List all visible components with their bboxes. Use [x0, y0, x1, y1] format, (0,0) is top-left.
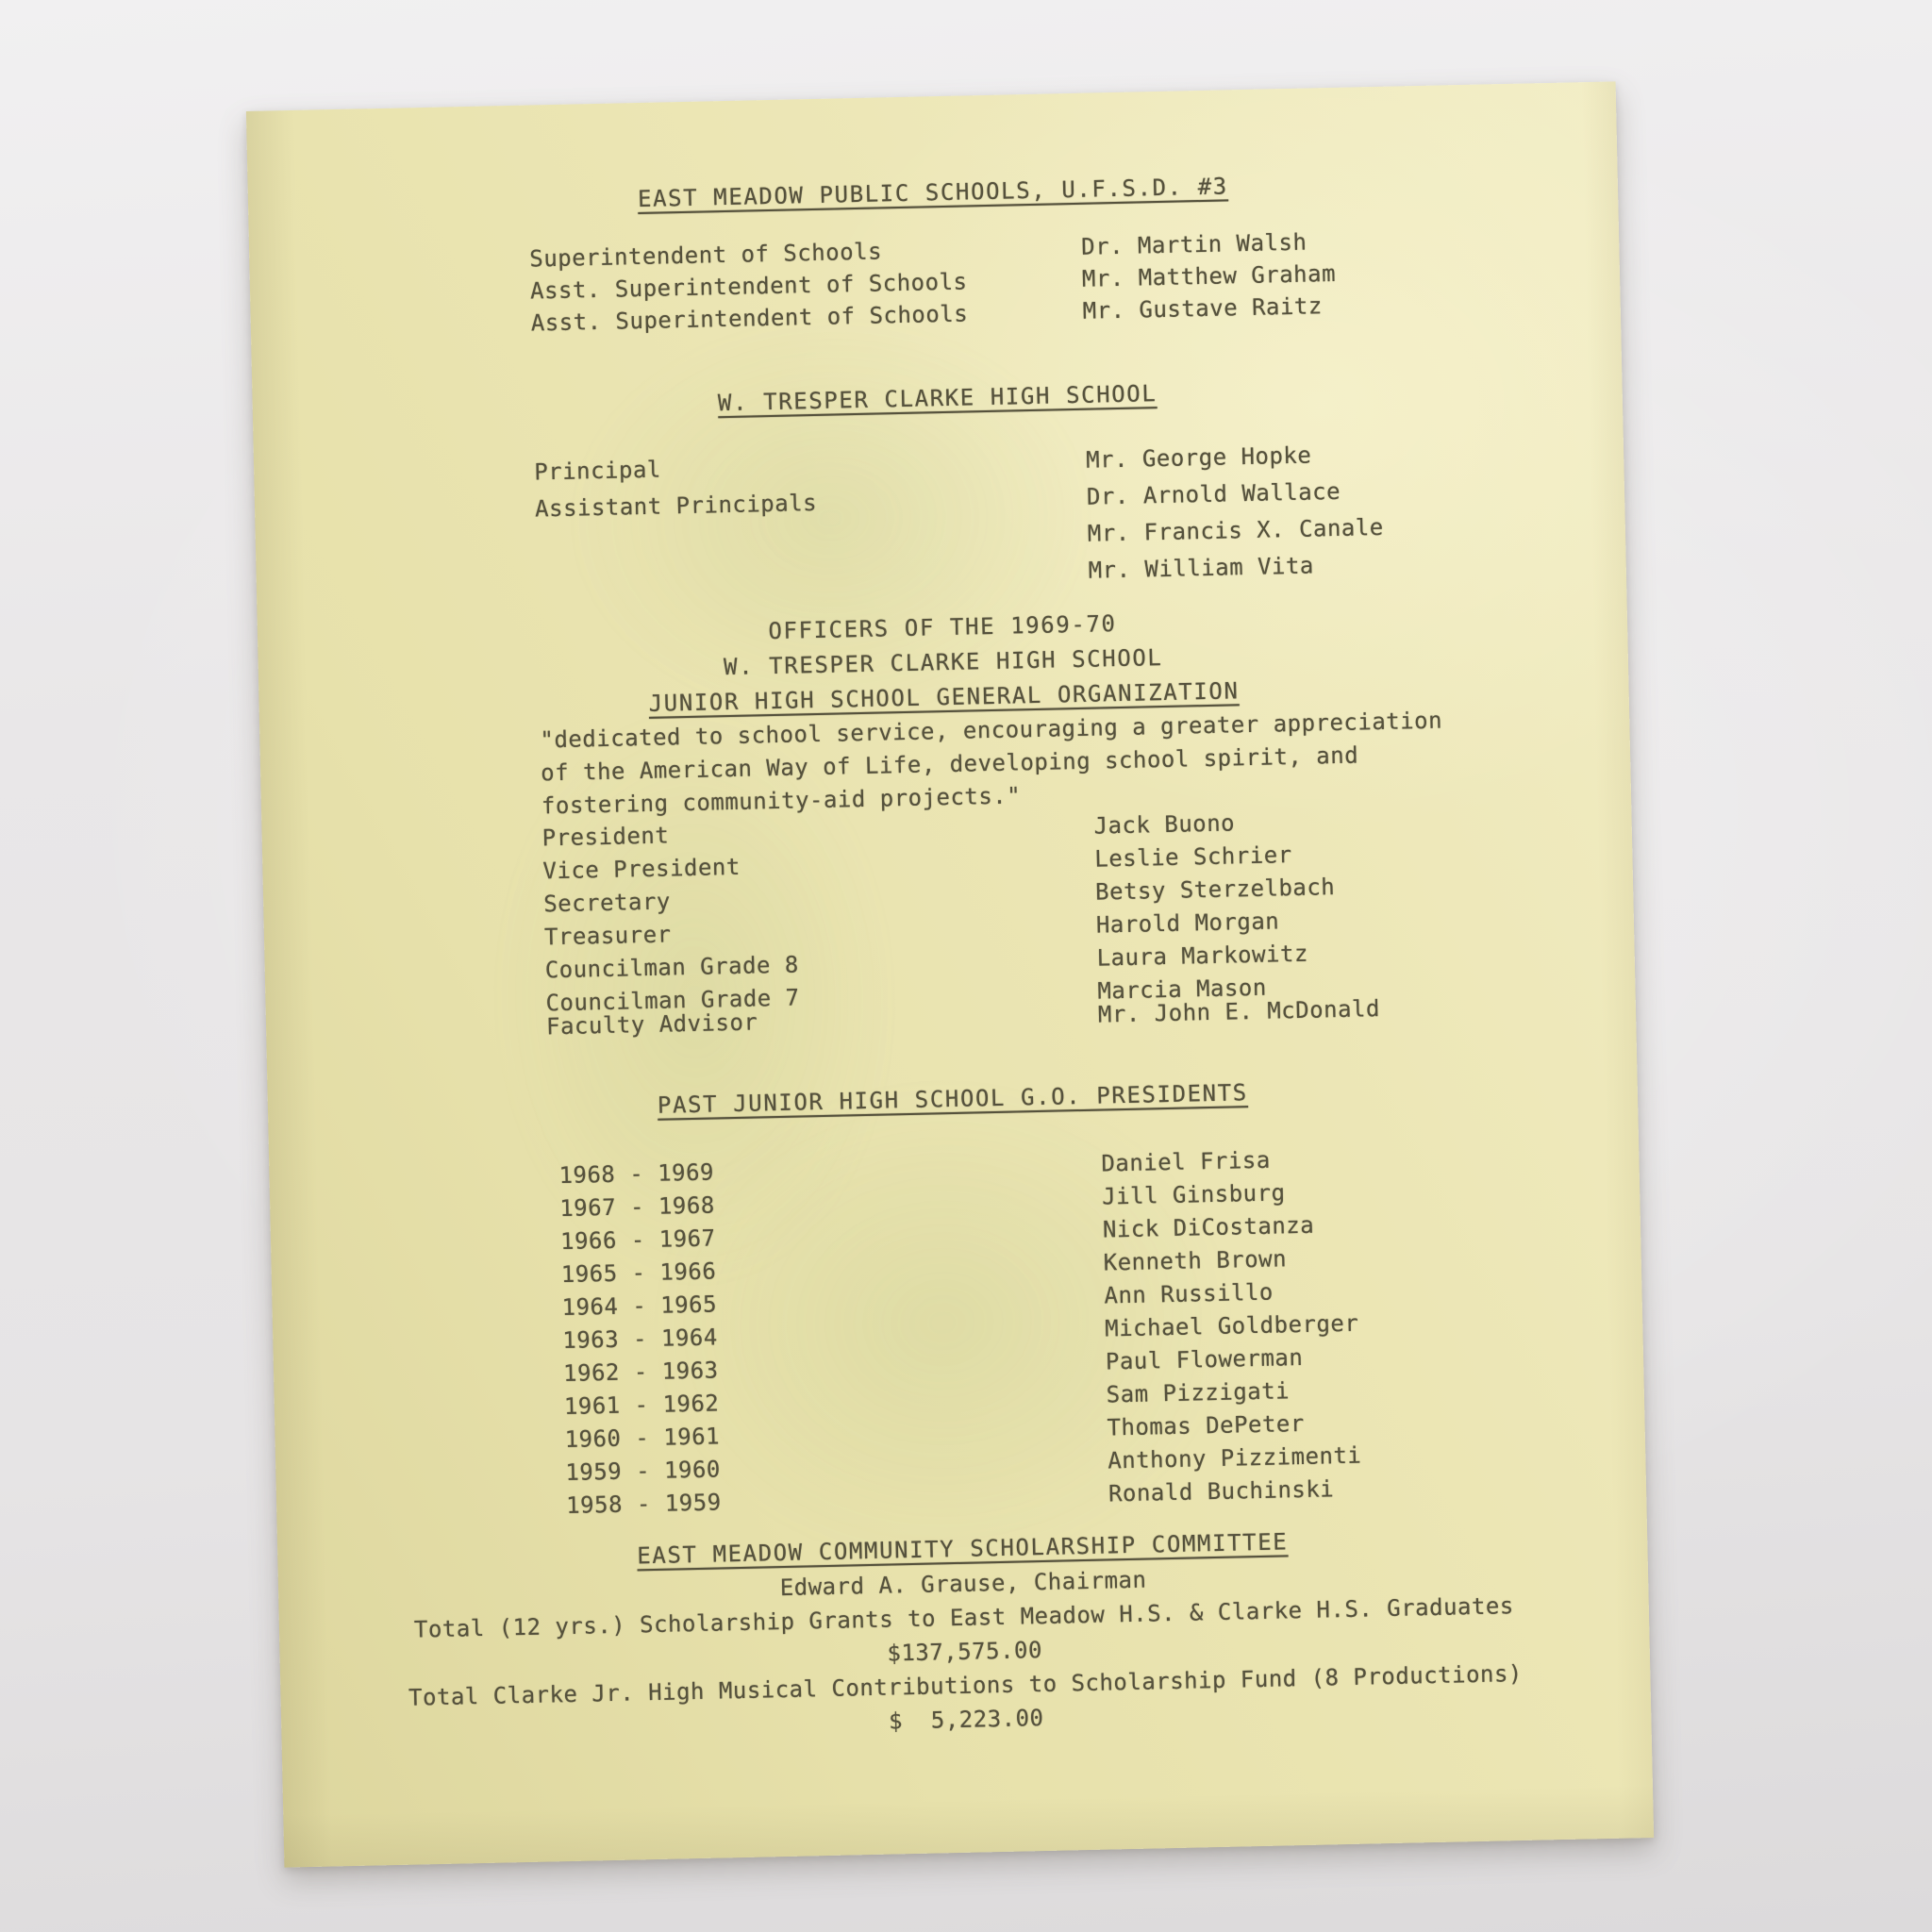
person-name: Dr. Arnold Wallace: [1087, 474, 1341, 516]
person-name: Thomas DePeter: [1107, 1407, 1305, 1445]
past-presidents-heading: PAST JUNIOR HIGH SCHOOL G.O. PRESIDENTS: [658, 1079, 1248, 1119]
role-label: Vice President: [542, 851, 741, 889]
term-years: 1967 - 1968: [559, 1190, 715, 1226]
page-title: EAST MEADOW PUBLIC SCHOOLS, U.F.S.D. #3: [638, 173, 1228, 212]
person-name: Sam Pizzigati: [1106, 1374, 1290, 1411]
scholarship-section: EAST MEADOW COMMUNITY SCHOLARSHIP COMMIT…: [277, 1517, 1651, 1752]
past-presidents-list: 1968 - 1969 Daniel Frisa 1967 - 1968 Jil…: [269, 1136, 1646, 1529]
person-name: Jack Buono: [1093, 807, 1235, 842]
role-label: Councilman Grade 8: [544, 948, 799, 987]
photo-background: EAST MEADOW PUBLIC SCHOOLS, U.F.S.D. #3 …: [0, 0, 1932, 1932]
person-name: Dr. Martin Walsh: [1081, 226, 1307, 263]
person-name: Mr. George Hopke: [1086, 438, 1312, 479]
person-name: Leslie Schrier: [1094, 839, 1292, 876]
program-page: EAST MEADOW PUBLIC SCHOOLS, U.F.S.D. #3 …: [246, 81, 1654, 1867]
person-name: Paul Flowerman: [1106, 1341, 1304, 1379]
person-name: Ronald Buchinski: [1108, 1473, 1335, 1510]
term-years: 1959 - 1960: [565, 1453, 721, 1490]
role-label: Treasurer: [544, 918, 672, 954]
person-name: Harold Morgan: [1096, 905, 1280, 941]
person-name: Mr. Francis X. Canale: [1087, 509, 1384, 553]
term-years: 1961 - 1962: [564, 1387, 720, 1424]
term-years: 1966 - 1967: [560, 1222, 716, 1258]
term-years: 1965 - 1966: [560, 1255, 716, 1291]
role-label: Faculty Advisor: [546, 1006, 758, 1043]
person-name: Anthony Pizzimenti: [1108, 1440, 1362, 1478]
term-years: 1963 - 1964: [562, 1321, 718, 1357]
role-label: Secretary: [543, 885, 671, 921]
school-admin-list: Principal Mr. George Hopke Assistant Pri…: [254, 430, 1626, 608]
person-name: Michael Goldberger: [1105, 1307, 1359, 1346]
school-heading: W. TRESPER CLARKE HIGH SCHOOL: [718, 380, 1158, 416]
role-label: Principal: [534, 452, 661, 491]
role-label: Assistant Principals: [535, 485, 818, 528]
person-name: Daniel Frisa: [1101, 1144, 1271, 1181]
district-staff-list: Superintendent of Schools Dr. Martin Wal…: [249, 219, 1621, 345]
person-name: Mr. William Vita: [1088, 547, 1314, 589]
term-years: 1962 - 1963: [563, 1354, 719, 1391]
term-years: 1960 - 1961: [564, 1420, 720, 1457]
person-name: Kenneth Brown: [1103, 1242, 1287, 1279]
person-name: Nick DiCostanza: [1103, 1209, 1315, 1247]
role-label: President: [541, 819, 669, 855]
person-name: Mr. Gustave Raitz: [1082, 290, 1323, 327]
person-name: Mr. John E. McDonald: [1098, 992, 1381, 1032]
term-years: 1964 - 1965: [561, 1288, 717, 1324]
term-years: 1968 - 1969: [558, 1157, 714, 1193]
person-name: Jill Ginsburg: [1102, 1176, 1286, 1213]
person-name: Laura Markowitz: [1096, 938, 1308, 975]
term-years: 1958 - 1959: [566, 1486, 722, 1523]
person-name: Ann Russillo: [1104, 1276, 1274, 1313]
person-name: Betsy Sterzelbach: [1095, 871, 1336, 909]
